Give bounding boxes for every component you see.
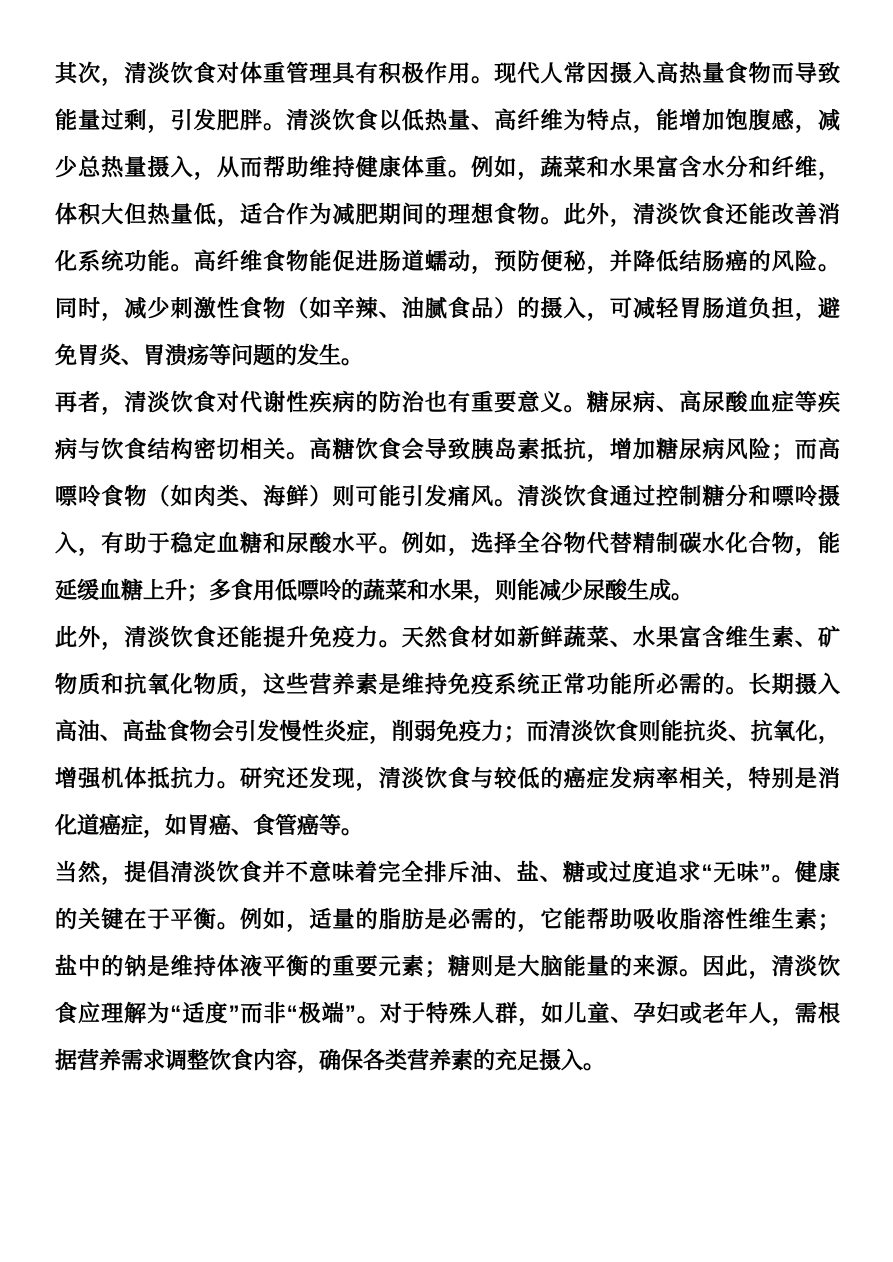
text-line: 增强机体抵抗力。研究还发现，清淡饮食与较低的癌症发病率相关，特别是消 [55, 755, 840, 802]
text-line: 免胃炎、胃溃疡等问题的发生。 [55, 332, 840, 379]
text-line: 少总热量摄入，从而帮助维持健康体重。例如，蔬菜和水果富含水分和纤维， [55, 144, 840, 191]
document-page: 其次，清淡饮食对体重管理具有积极作用。现代人常因摄入高热量食物而导致 能量过剩，… [0, 0, 893, 1262]
text-line: 嘌呤食物（如肉类、海鲜）则可能引发痛风。清淡饮食通过控制糖分和嘌呤摄 [55, 473, 840, 520]
text-line: 的关键在于平衡。例如，适量的脂肪是必需的，它能帮助吸收脂溶性维生素； [55, 896, 840, 943]
text-line: 高油、高盐食物会引发慢性炎症，削弱免疫力；而清淡饮食则能抗炎、抗氧化， [55, 708, 840, 755]
text-line: 同时，减少刺激性食物（如辛辣、油腻食品）的摄入，可减轻胃肠道负担，避 [55, 285, 840, 332]
text-line: 食应理解为“适度”而非“极端”。对于特殊人群，如儿童、孕妇或老年人，需根 [55, 990, 840, 1037]
paragraph-immunity: 此外，清淡饮食还能提升免疫力。天然食材如新鲜蔬菜、水果富含维生素、矿 物质和抗氧… [55, 614, 840, 849]
text-line: 病与饮食结构密切相关。高糖饮食会导致胰岛素抵抗，增加糖尿病风险；而高 [55, 426, 840, 473]
text-line: 延缓血糖上升；多食用低嘌呤的蔬菜和水果，则能减少尿酸生成。 [55, 567, 840, 614]
text-line: 化系统功能。高纤维食物能促进肠道蠕动，预防便秘，并降低结肠癌的风险。 [55, 238, 840, 285]
text-line: 入，有助于稳定血糖和尿酸水平。例如，选择全谷物代替精制碳水化合物，能 [55, 520, 840, 567]
text-line: 化道癌症，如胃癌、食管癌等。 [55, 802, 840, 849]
text-line: 其次，清淡饮食对体重管理具有积极作用。现代人常因摄入高热量食物而导致 [55, 50, 840, 97]
paragraph-metabolic-disease: 再者，清淡饮食对代谢性疾病的防治也有重要意义。糖尿病、高尿酸血症等疾 病与饮食结… [55, 379, 840, 614]
text-line: 当然，提倡清淡饮食并不意味着完全排斥油、盐、糖或过度追求“无味”。健康 [55, 849, 840, 896]
paragraph-weight-management: 其次，清淡饮食对体重管理具有积极作用。现代人常因摄入高热量食物而导致 能量过剩，… [55, 50, 840, 379]
text-line: 盐中的钠是维持体液平衡的重要元素；糖则是大脑能量的来源。因此，清淡饮 [55, 943, 840, 990]
text-line: 再者，清淡饮食对代谢性疾病的防治也有重要意义。糖尿病、高尿酸血症等疾 [55, 379, 840, 426]
text-line: 物质和抗氧化物质，这些营养素是维持免疫系统正常功能所必需的。长期摄入 [55, 661, 840, 708]
paragraph-balance: 当然，提倡清淡饮食并不意味着完全排斥油、盐、糖或过度追求“无味”。健康 的关键在… [55, 849, 840, 1084]
text-line: 据营养需求调整饮食内容，确保各类营养素的充足摄入。 [55, 1037, 840, 1084]
text-line: 能量过剩，引发肥胖。清淡饮食以低热量、高纤维为特点，能增加饱腹感，减 [55, 97, 840, 144]
text-line: 体积大但热量低，适合作为减肥期间的理想食物。此外，清淡饮食还能改善消 [55, 191, 840, 238]
text-line: 此外，清淡饮食还能提升免疫力。天然食材如新鲜蔬菜、水果富含维生素、矿 [55, 614, 840, 661]
